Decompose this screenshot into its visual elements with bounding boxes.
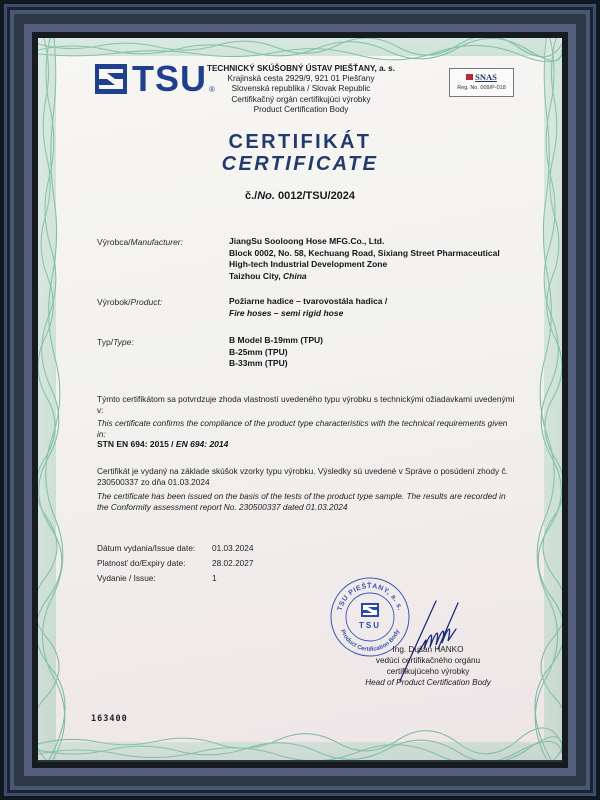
manufacturer-name: JiangSu Sooloong Hose MFG.Co., Ltd. <box>229 236 500 248</box>
manufacturer-address-1: Block 0002, No. 58, Kechuang Road, Sixia… <box>229 248 500 260</box>
certificate-paper: TSU ® TECHNICKÝ SKÚŠOBNÝ ÚSTAV PIEŠŤANY,… <box>38 38 562 760</box>
compliance-text-sk: Týmto certifikátom sa potvrdzuje zhoda v… <box>97 394 517 415</box>
signatory-name: Ing. Dušan HANKO <box>338 644 518 655</box>
standard-reference: STN EN 694: 2015 / EN 694: 2014 <box>97 439 228 449</box>
issuer-country: Slovenská republika / Slovak Republic <box>216 84 386 94</box>
basis-text-sk: Certifikát je vydaný na základe skúšok v… <box>97 466 517 487</box>
snas-name: SNAS <box>475 72 497 82</box>
serial-number: 163400 <box>91 714 128 724</box>
slovak-emblem-icon <box>466 74 473 80</box>
issuer-address: TECHNICKÝ SKÚŠOBNÝ ÚSTAV PIEŠŤANY, a. s.… <box>216 64 386 115</box>
issue-number-value: 1 <box>212 573 217 583</box>
issuer-street: Krajinská cesta 2929/9, 921 01 Piešťany <box>216 74 386 84</box>
tsu-logo-icon <box>95 64 127 94</box>
model-1: B Model B-19mm (TPU) <box>229 335 323 347</box>
title-sk: CERTIFIKÁT <box>38 131 562 154</box>
snas-reg-number: Reg. No. 009/P-018 <box>450 85 513 91</box>
product-label: Výrobok/Product: <box>97 297 162 307</box>
compliance-text-en: This certificate confirms the compliance… <box>97 418 517 439</box>
issue-date-value: 01.03.2024 <box>212 543 254 553</box>
manufacturer-value: JiangSu Sooloong Hose MFG.Co., Ltd. Bloc… <box>229 236 500 282</box>
registered-mark: ® <box>209 85 215 94</box>
model-3: B-33mm (TPU) <box>229 358 323 370</box>
product-name-en: Fire hoses – semi rigid hose <box>229 308 387 320</box>
issuer-body-sk: Certifikačný orgán certifikujúci výrobky <box>216 95 386 105</box>
snas-accreditation-badge: SNAS Reg. No. 009/P-018 <box>449 68 514 97</box>
issue-date-label: Dátum vydania/Issue date: <box>97 543 195 553</box>
issue-number-label: Vydanie / Issue: <box>97 573 156 583</box>
manufacturer-label: Výrobca/Manufacturer: <box>97 237 183 247</box>
basis-text-en: The certificate has been issued on the b… <box>97 491 517 512</box>
issuer-name: TECHNICKÝ SKÚŠOBNÝ ÚSTAV PIEŠŤANY, a. s. <box>196 64 406 74</box>
signatory-role-en: Head of Product Certification Body <box>338 677 518 688</box>
expiry-date-value: 28.02.2027 <box>212 558 254 568</box>
signatory-role-sk-1: vedúci certifikačného orgánu <box>338 655 518 666</box>
manufacturer-address-2: High-tech Industrial Development Zone <box>229 259 500 271</box>
certificate-number: č./No. 0012/TSU/2024 <box>38 190 562 202</box>
model-2: B-25mm (TPU) <box>229 347 323 359</box>
product-name-sk: Požiarne hadice – tvarovostála hadica / <box>229 296 387 308</box>
type-value: B Model B-19mm (TPU) B-25mm (TPU) B-33mm… <box>229 335 323 370</box>
product-value: Požiarne hadice – tvarovostála hadica / … <box>229 296 387 319</box>
expiry-date-label: Platnosť do/Expiry date: <box>97 558 185 568</box>
issuer-body-en: Product Certification Body <box>216 105 386 115</box>
type-label: Typ/Type: <box>97 337 134 347</box>
manufacturer-city: Taizhou City, China <box>229 271 500 283</box>
title-en: CERTIFICATE <box>38 153 562 176</box>
signatory-role-sk-2: certifikujúceho výrobky <box>338 666 518 677</box>
